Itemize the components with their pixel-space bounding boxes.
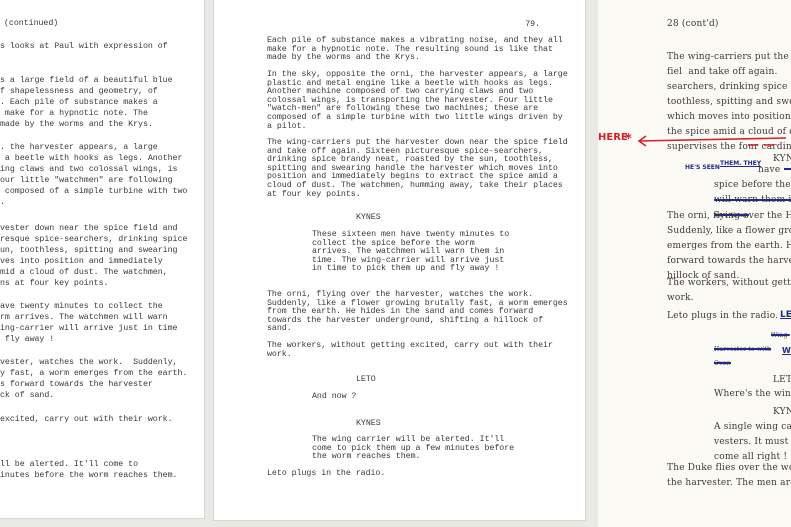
- action-paragraph: vester down near the spice field and res…: [0, 223, 187, 290]
- action-paragraph: The wing-carriers put the harvester down…: [267, 139, 568, 199]
- character-name: LETO: [356, 376, 376, 385]
- action-paragraph: excited, carry out with their work.: [0, 414, 173, 425]
- action-paragraph: s a large field of a beautiful blue f sh…: [0, 75, 173, 130]
- le-annotation: LE: [780, 310, 791, 320]
- continued-header: (continued): [4, 18, 58, 29]
- action-paragraph: ave twenty minutes to collect the rm arr…: [0, 301, 177, 345]
- arrow-left-icon: [636, 134, 791, 150]
- struck-line: Harvester to with: [714, 342, 771, 357]
- page-number: 79.: [525, 21, 540, 30]
- dialogue: The wing carrier will be alerted. It'll …: [312, 436, 514, 462]
- dialogue: These sixteen men have twenty minutes to…: [312, 231, 509, 274]
- action-paragraph: The Duke flies over the wo the harvester…: [667, 461, 791, 491]
- script-page-79: 79. Each pile of substance makes a vibra…: [213, 0, 586, 521]
- dialogue: spice before the: [714, 178, 791, 193]
- character-name: KYNE: [773, 405, 791, 420]
- action-paragraph: Leto plugs in the radio.: [267, 470, 385, 479]
- action-paragraph: The workers, without getting excited, ca…: [267, 342, 553, 359]
- strike-mark: [784, 168, 791, 170]
- dialogue: A single wing ca vesters. It must come a…: [714, 420, 791, 465]
- asterisk-mark: *: [625, 132, 632, 147]
- here-annotation: HERE: [598, 132, 628, 143]
- struck-dialogue: will warn them in: [714, 193, 791, 208]
- action-paragraph: The orni, flying over the H Suddenly, li…: [667, 209, 791, 284]
- character-name: KYNES: [356, 420, 381, 429]
- dialogue: Where's the wing: [714, 387, 791, 402]
- character-name: LETO: [773, 373, 791, 388]
- dialogue: And now ?: [312, 393, 356, 402]
- script-page-left: (continued) s looks at Paul with express…: [0, 0, 205, 519]
- hes-seen-annotation: HE'S SEEN: [685, 164, 720, 171]
- w-annotation: W: [782, 346, 791, 355]
- dialogue: have: [758, 163, 780, 178]
- action-paragraph: Each pile of substance makes a vibrating…: [267, 37, 563, 63]
- action-paragraph: vester, watches the work. Suddenly, y fa…: [0, 357, 187, 401]
- annotated-script-page-28: 28 (cont'd) The wing-carriers put the H …: [598, 0, 791, 527]
- struck-line: Wing-: [771, 328, 790, 343]
- them-they-annotation: THEM. THEY: [720, 160, 761, 167]
- action-paragraph: In the sky, opposite the orni, the harve…: [267, 71, 568, 131]
- dialogue-paragraph: ll be alerted. It'll come to inutes befo…: [0, 459, 177, 481]
- action-paragraph: s looks at Paul with expression of: [0, 41, 168, 52]
- character-name: KYNES: [356, 214, 381, 223]
- action-paragraph: . the harvester appears, a large a beetl…: [0, 142, 187, 209]
- action-paragraph: The orni, flying over the harvester, wat…: [267, 291, 568, 334]
- action-paragraph: Leto plugs in the radio.: [667, 309, 778, 324]
- struck-line: Over.: [714, 356, 731, 371]
- scene-header: 28 (cont'd): [667, 17, 719, 32]
- action-paragraph: The workers, without gettin work.: [667, 276, 791, 306]
